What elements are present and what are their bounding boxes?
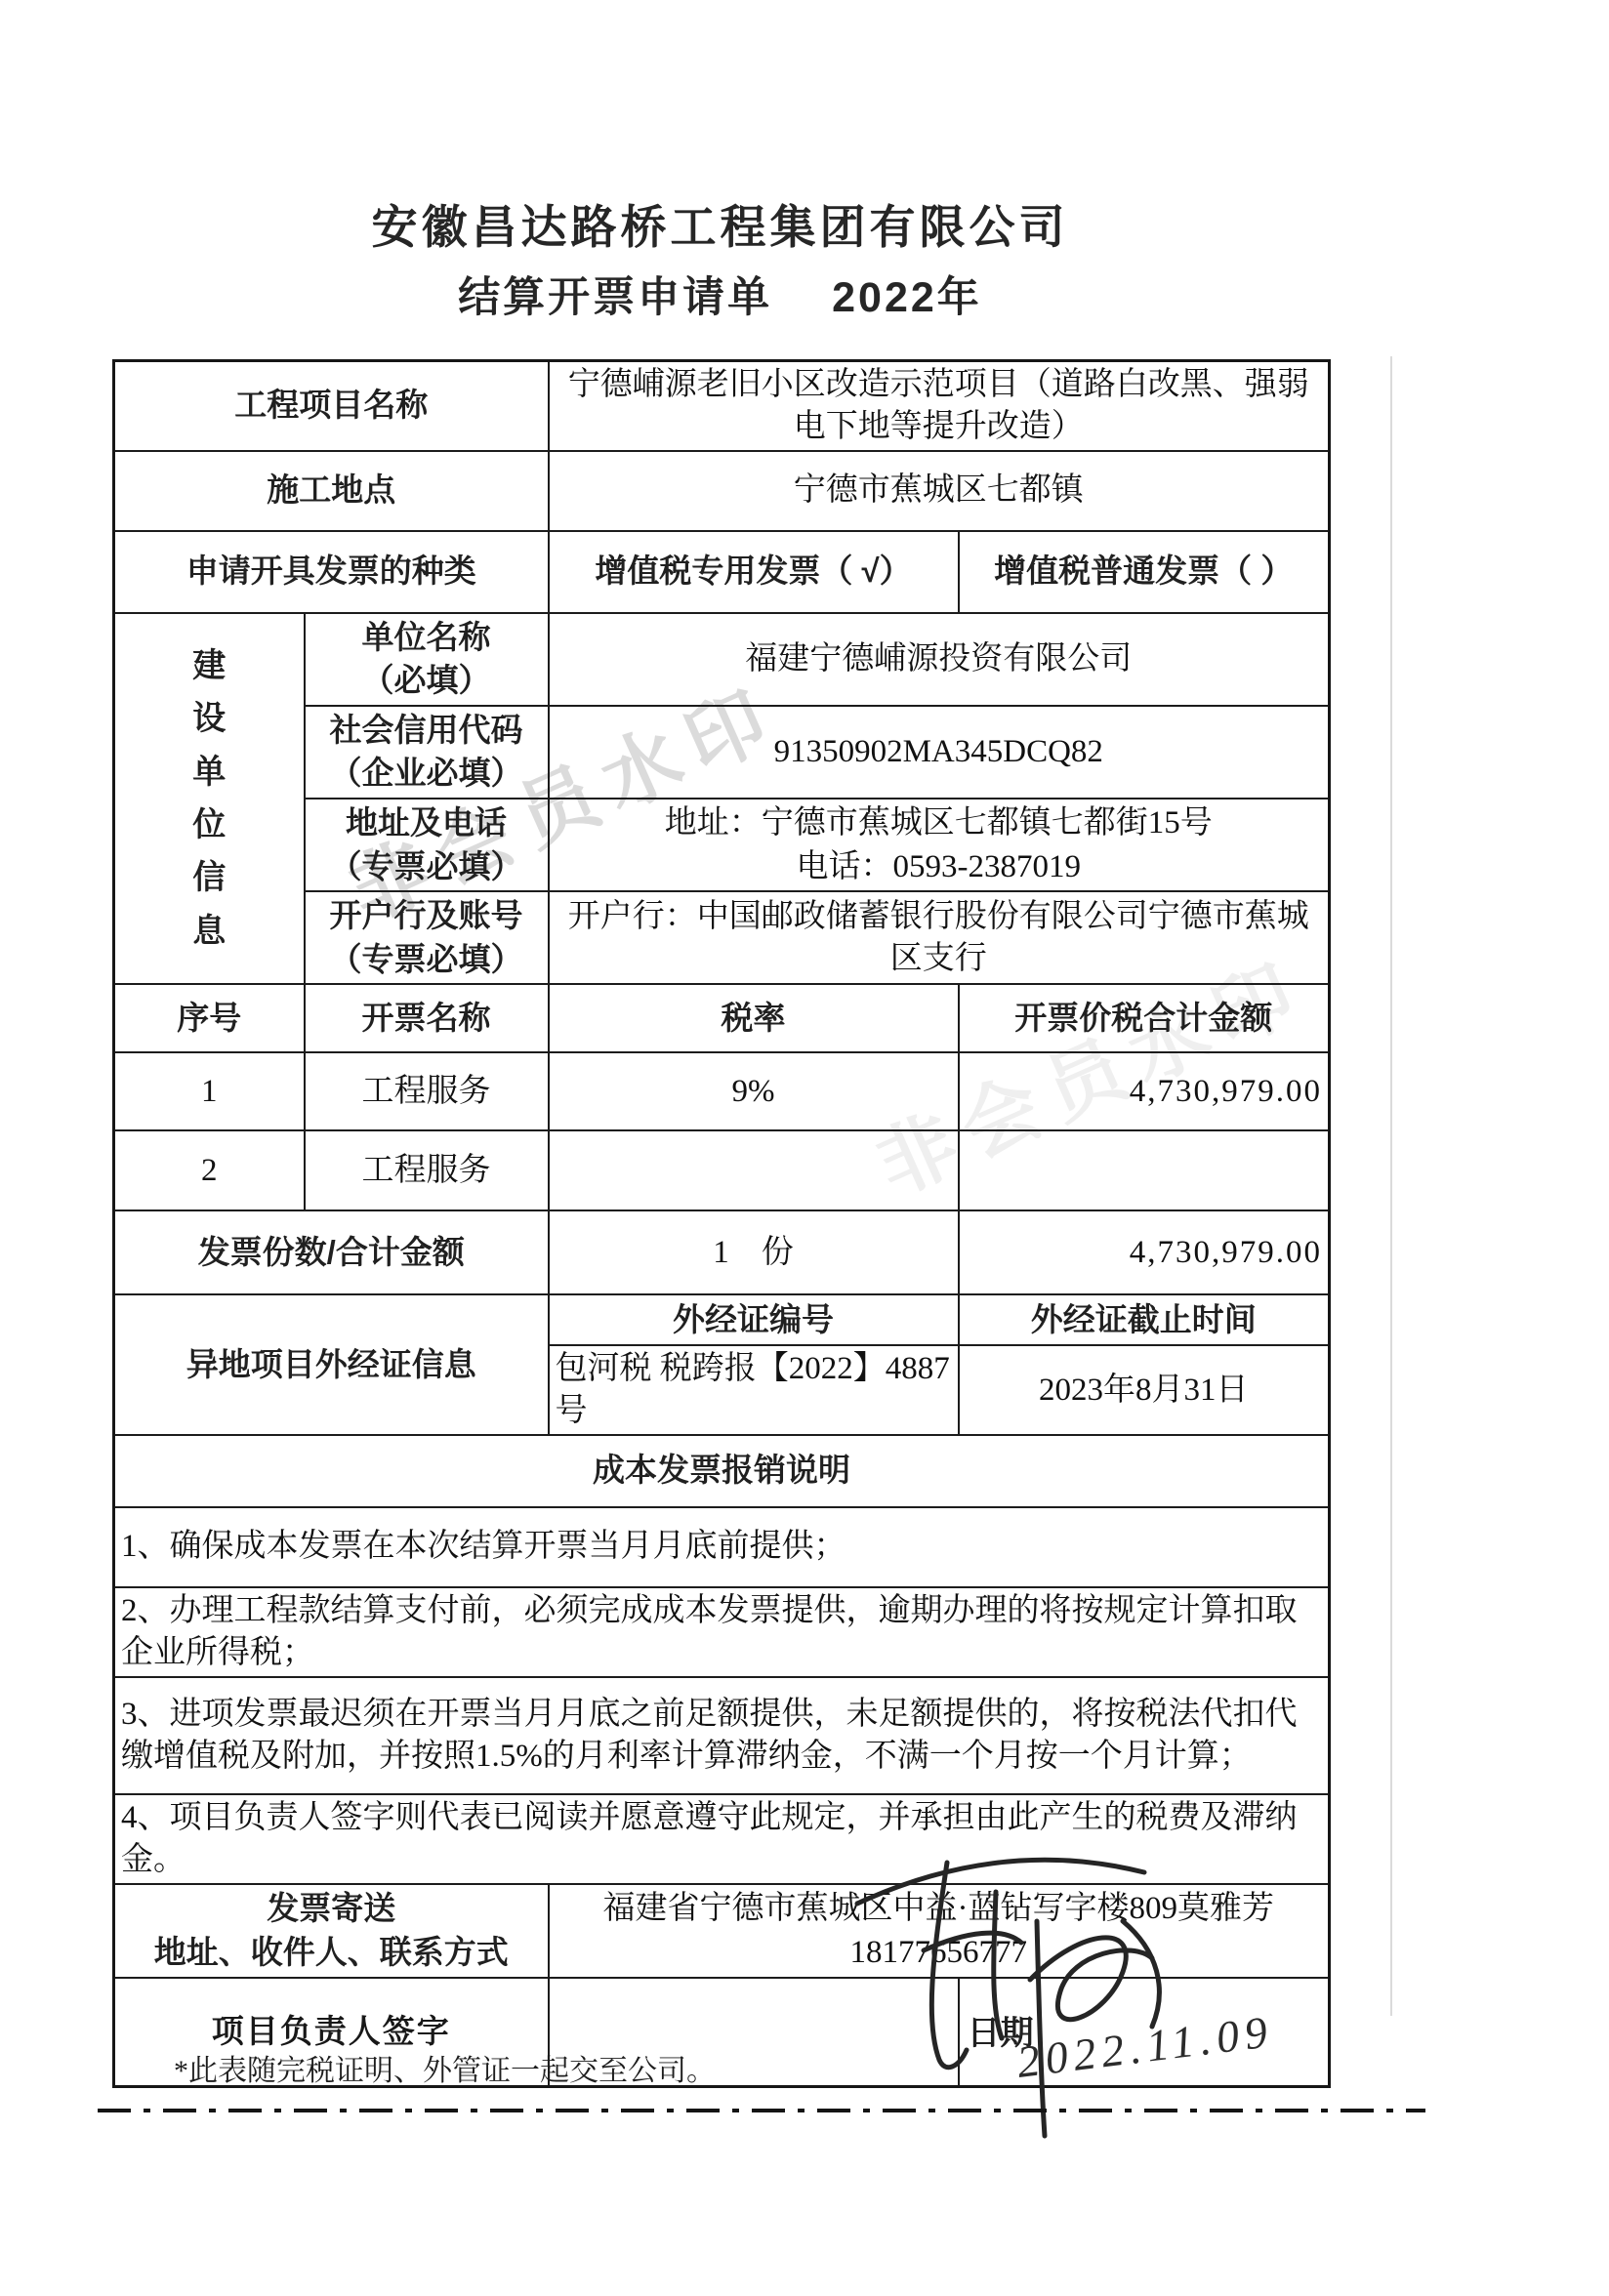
notes-header: 成本发票报销说明 [114,1435,1330,1507]
row-summary: 发票份数/合计金额 1 份 4,730,979.00 [114,1210,1330,1294]
item1-name: 工程服务 [305,1052,549,1130]
note-item-1: 1、确保成本发票在本次结算开票当月月底前提供； [114,1507,1330,1587]
row-location: 施工地点 宁德市蕉城区七都镇 [114,451,1330,531]
delivery-value: 福建省宁德市蕉城区中益·蓝钻写字楼809莫雅芳 18177656777 [549,1884,1330,1978]
delivery-label-line1: 发票寄送 [121,1887,542,1931]
permit-no-value: 包河税 税跨报【2022】4887号 [549,1345,959,1435]
footnote: *此表随完税证明、外管证一起交至公司。 [174,2046,716,2089]
builder-name-label-line1: 单位名称 [311,616,542,660]
builder-address-label-line1: 地址及电话 [311,801,542,845]
table-row-item-2: 2 工程服务 [114,1130,1330,1210]
builder-address-value: 地址：宁德市蕉城区七都镇七都街15号 电话：0593-2387019 [549,799,1330,891]
permit-deadline-value: 2023年8月31日 [959,1345,1330,1435]
row-permit-header: 异地项目外经证信息 外经证编号 外经证截止时间 [114,1294,1330,1345]
builder-code-value: 91350902MA345DCQ82 [549,706,1330,799]
location-value: 宁德市蕉城区七都镇 [549,451,1330,531]
invoice-type-general: 增值税普通发票（ ） [959,531,1330,613]
row-delivery: 发票寄送 地址、收件人、联系方式 福建省宁德市蕉城区中益·蓝钻写字楼809莫雅芳… [114,1884,1330,1978]
builder-address-label: 地址及电话 （专票必填） [305,799,549,891]
builder-section-strip: 建设单位信息 [114,613,305,984]
item1-rate: 9% [549,1052,959,1130]
permit-no-header: 外经证编号 [549,1294,959,1345]
project-name-label: 工程项目名称 [114,361,549,451]
item2-amount [959,1130,1330,1210]
invoice-request-table: 工程项目名称 宁德峬源老旧小区改造示范项目（道路白改黑、强弱电下地等提升改造） … [112,359,1331,2088]
builder-code-label-line2: （企业必填） [311,752,542,796]
project-name-value: 宁德峬源老旧小区改造示范项目（道路白改黑、强弱电下地等提升改造） [549,361,1330,451]
location-label: 施工地点 [114,451,549,531]
builder-address-line: 地址：宁德市蕉城区七都镇七都街15号 [556,801,1323,845]
scan-edge-artifact [1390,356,1392,2016]
summary-amount: 4,730,979.00 [959,1210,1330,1294]
builder-address-label-line2: （专票必填） [311,845,542,889]
builder-name-label-line2: （必填） [311,659,542,703]
items-header-no: 序号 [114,984,305,1052]
item2-no: 2 [114,1130,305,1210]
cut-line [98,2107,1425,2114]
delivery-address-line: 福建省宁德市蕉城区中益·蓝钻写字楼809莫雅芳 [556,1887,1323,1931]
builder-section-label: 建设单位信息 [189,639,228,958]
permit-label: 异地项目外经证信息 [114,1294,549,1435]
item1-no: 1 [114,1052,305,1130]
item1-amount: 4,730,979.00 [959,1052,1330,1130]
date-cell: 日期 2022.11.09 [959,1978,1330,2087]
items-header-rate: 税率 [549,984,959,1052]
items-header-amount: 开票价税合计金额 [959,984,1330,1052]
builder-bank-label: 开户行及账号 （专票必填） [305,891,549,984]
invoice-type-label: 申请开具发票的种类 [114,531,549,613]
builder-code-label: 社会信用代码 （企业必填） [305,706,549,799]
items-header-name: 开票名称 [305,984,549,1052]
note-item-3: 3、进项发票最迟须在开票当月月底之前足额提供，未足额提供的，将按税法代扣代缴增值… [114,1677,1330,1794]
handwritten-date: 2022.11.09 [1013,2002,1276,2091]
builder-bank-label-line2: （专票必填） [311,938,542,982]
permit-deadline-header: 外经证截止时间 [959,1294,1330,1345]
note-item-2: 2、办理工程款结算支付前，必须完成成本发票提供，逾期办理的将按规定计算扣取企业所… [114,1587,1330,1677]
delivery-phone-line: 18177656777 [556,1931,1323,1975]
builder-phone-line: 电话：0593-2387019 [556,845,1323,889]
summary-count: 1 份 [549,1210,959,1294]
row-note-3: 3、进项发票最迟须在开票当月月底之前足额提供，未足额提供的，将按税法代扣代缴增值… [114,1677,1330,1794]
row-notes-header: 成本发票报销说明 [114,1435,1330,1507]
form-title: 结算开票申请单 2022年 [112,265,1328,324]
invoice-type-special: 增值税专用发票（ √） [549,531,959,613]
company-title: 安徽昌达路桥工程集团有限公司 [112,191,1328,257]
builder-name-label: 单位名称 （必填） [305,613,549,706]
builder-name-value: 福建宁德峬源投资有限公司 [549,613,1330,706]
builder-code-label-line1: 社会信用代码 [311,709,542,753]
delivery-label: 发票寄送 地址、收件人、联系方式 [114,1884,549,1978]
row-project-name: 工程项目名称 宁德峬源老旧小区改造示范项目（道路白改黑、强弱电下地等提升改造） [114,361,1330,451]
row-note-1: 1、确保成本发票在本次结算开票当月月底前提供； [114,1507,1330,1587]
builder-bank-value: 开户行：中国邮政储蓄银行股份有限公司宁德市蕉城区支行 [549,891,1330,984]
scanned-invoice-request-form: { "title": { "line1": "安徽昌达路桥工程集团有限公司", … [0,0,1609,2296]
note-item-4: 4、项目负责人签字则代表已阅读并愿意遵守此规定，并承担由此产生的税费及滞纳金。 [114,1794,1330,1884]
item2-name: 工程服务 [305,1130,549,1210]
builder-bank-label-line1: 开户行及账号 [311,894,542,938]
row-invoice-type: 申请开具发票的种类 增值税专用发票（ √） 增值税普通发票（ ） [114,531,1330,613]
row-builder-name: 建设单位信息 单位名称 （必填） 福建宁德峬源投资有限公司 [114,613,1330,706]
row-note-2: 2、办理工程款结算支付前，必须完成成本发票提供，逾期办理的将按规定计算扣取企业所… [114,1587,1330,1677]
row-note-4: 4、项目负责人签字则代表已阅读并愿意遵守此规定，并承担由此产生的税费及滞纳金。 [114,1794,1330,1884]
summary-label: 发票份数/合计金额 [114,1210,549,1294]
item2-rate [549,1130,959,1210]
table-row-item-1: 1 工程服务 9% 4,730,979.00 [114,1052,1330,1130]
document-header: 安徽昌达路桥工程集团有限公司 结算开票申请单 2022年 [112,191,1328,324]
row-items-header: 序号 开票名称 税率 开票价税合计金额 [114,984,1330,1052]
delivery-label-line2: 地址、收件人、联系方式 [121,1931,542,1975]
